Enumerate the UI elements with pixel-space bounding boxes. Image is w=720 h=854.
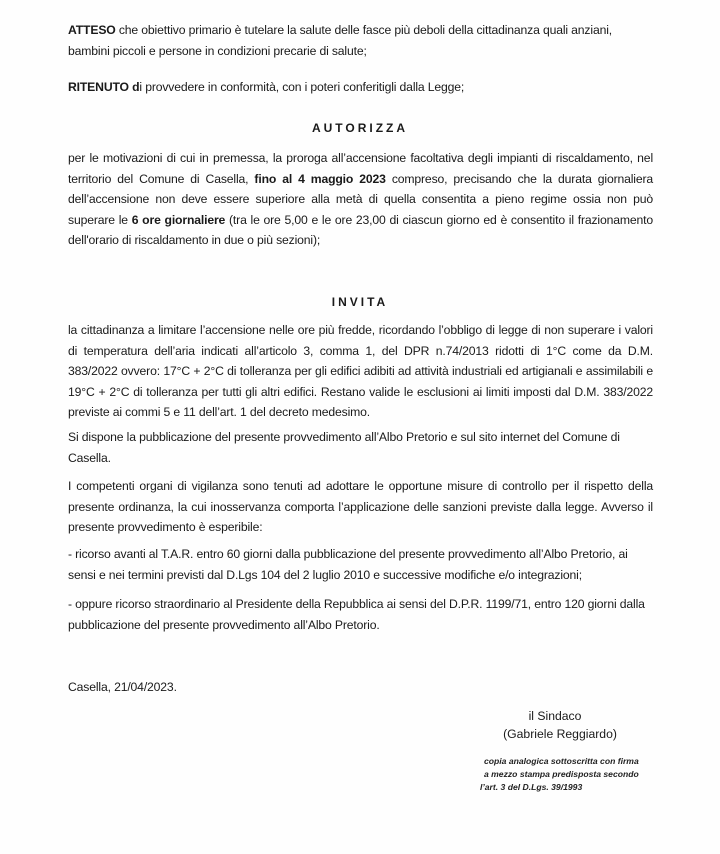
autorizza-hours: 6 ore giornaliere	[132, 213, 225, 227]
note-line-1: copia analogica sottoscritta con firma	[484, 755, 684, 768]
atteso-text: che obiettivo primario è tutelare la sal…	[68, 23, 612, 58]
autorizza-deadline: fino al 4 maggio 2023	[254, 172, 385, 186]
paragraph-ricorso-presidente: - oppure ricorso straordinario al Presid…	[68, 594, 653, 635]
paragraph-autorizza: per le motivazioni di cui in premessa, l…	[68, 148, 653, 251]
paragraph-ritenuto: RITENUTO di provvedere in conformità, co…	[68, 77, 653, 98]
paragraph-invita: la cittadinanza a limitare l’accensione …	[68, 320, 653, 423]
ritenuto-label: RITENUTO d	[68, 80, 139, 94]
note-line-3: l’art. 3 del D.Lgs. 39/1993	[480, 781, 680, 794]
note-line-2: a mezzo stampa predisposta secondo	[484, 768, 684, 781]
paragraph-vigilanza: I competenti organi di vigilanza sono te…	[68, 476, 653, 538]
paragraph-ricorso-tar: - ricorso avanti al T.A.R. entro 60 gior…	[68, 544, 653, 585]
document-page: ATTESO che obiettivo primario è tutelare…	[0, 0, 720, 854]
paragraph-pubblicazione: Si dispone la pubblicazione del presente…	[68, 427, 653, 468]
atteso-label: ATTESO	[68, 23, 116, 37]
heading-autorizza: AUTORIZZA	[0, 121, 720, 135]
signature-name: (Gabriele Reggiardo)	[495, 725, 625, 743]
heading-invita: INVITA	[0, 295, 720, 309]
paragraph-atteso: ATTESO che obiettivo primario è tutelare…	[68, 20, 653, 61]
signature-title: il Sindaco	[495, 707, 615, 725]
date-line: Casella, 21/04/2023.	[68, 677, 653, 698]
ritenuto-text: i provvedere in conformità, con i poteri…	[139, 80, 464, 94]
